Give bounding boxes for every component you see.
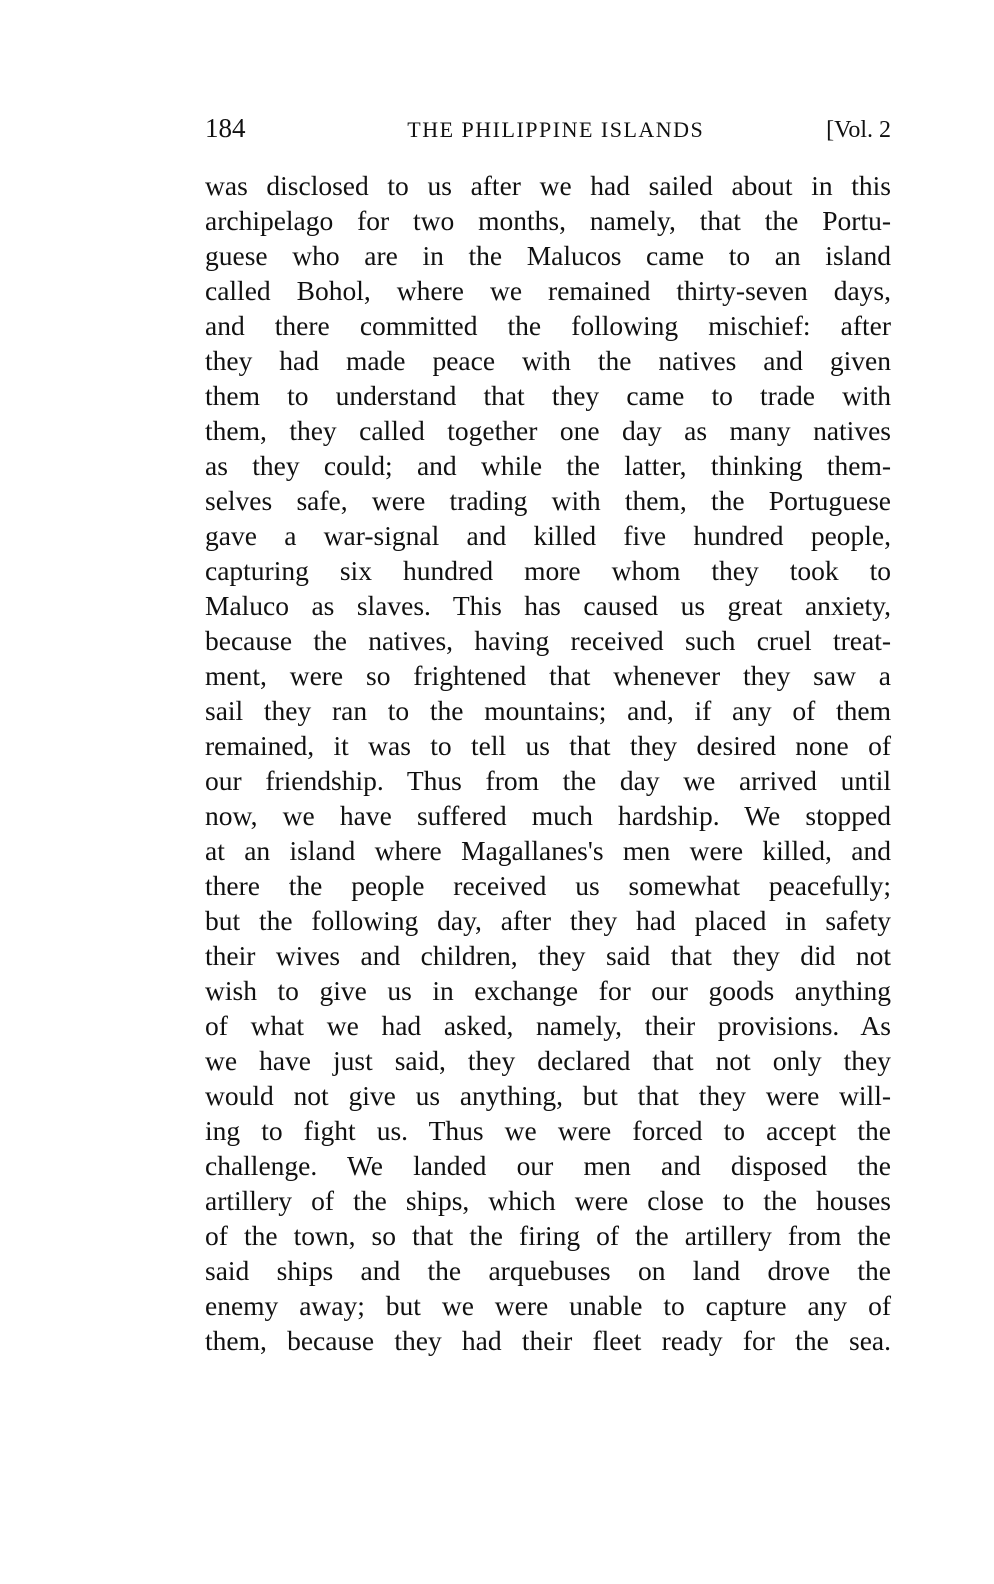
text-line: ment, were so frightened that whenever t… [205,658,891,693]
text-line: our friendship. Thus from the day we arr… [205,763,891,798]
text-line: capturing six hundred more whom they too… [205,553,891,588]
text-line: of the town, so that the firing of the a… [205,1218,891,1253]
text-line: remained, it was to tell us that they de… [205,728,891,763]
text-line: of what we had asked, namely, their prov… [205,1008,891,1043]
volume-label: [Vol. 2 [826,110,891,150]
text-line: now, we have suffered much hardship. We … [205,798,891,833]
text-line: selves safe, were trading with them, the… [205,483,891,518]
text-line: them, because they had their fleet ready… [205,1323,891,1358]
text-line: artillery of the ships, which were close… [205,1183,891,1218]
text-line: challenge. We landed our men and dispose… [205,1148,891,1183]
text-line: as they could; and while the latter, thi… [205,448,891,483]
text-line: archipelago for two months, namely, that… [205,203,891,238]
text-line: would not give us anything, but that the… [205,1078,891,1113]
text-line: enemy away; but we were unable to captur… [205,1288,891,1323]
text-line: at an island where Magallanes's men were… [205,833,891,868]
text-line: was disclosed to us after we had sailed … [205,168,891,203]
page-number: 184 [205,108,246,148]
text-line: and there committed the following mischi… [205,308,891,343]
text-line: said ships and the arquebuses on land dr… [205,1253,891,1288]
text-line: wish to give us in exchange for our good… [205,973,891,1008]
text-line: ing to fight us. Thus we were forced to … [205,1113,891,1148]
text-line: they had made peace with the natives and… [205,343,891,378]
text-line: but the following day, after they had pl… [205,903,891,938]
text-line: because the natives, having received suc… [205,623,891,658]
text-line: there the people received us somewhat pe… [205,868,891,903]
text-line: Maluco as slaves. This has caused us gre… [205,588,891,623]
text-line: their wives and children, they said that… [205,938,891,973]
body-text: was disclosed to us after we had sailed … [205,168,891,1358]
running-head: 184 THE PHILIPPINE ISLANDS [Vol. 2 [205,108,891,148]
book-title: THE PHILIPPINE ISLANDS [407,110,704,150]
book-page: 184 THE PHILIPPINE ISLANDS [Vol. 2 was d… [205,108,891,1358]
text-line: them, they called together one day as ma… [205,413,891,448]
text-line: guese who are in the Malucos came to an … [205,238,891,273]
text-line: sail they ran to the mountains; and, if … [205,693,891,728]
text-line: called Bohol, where we remained thirty-s… [205,273,891,308]
text-line: gave a war-signal and killed five hundre… [205,518,891,553]
text-line: we have just said, they declared that no… [205,1043,891,1078]
text-line: them to understand that they came to tra… [205,378,891,413]
